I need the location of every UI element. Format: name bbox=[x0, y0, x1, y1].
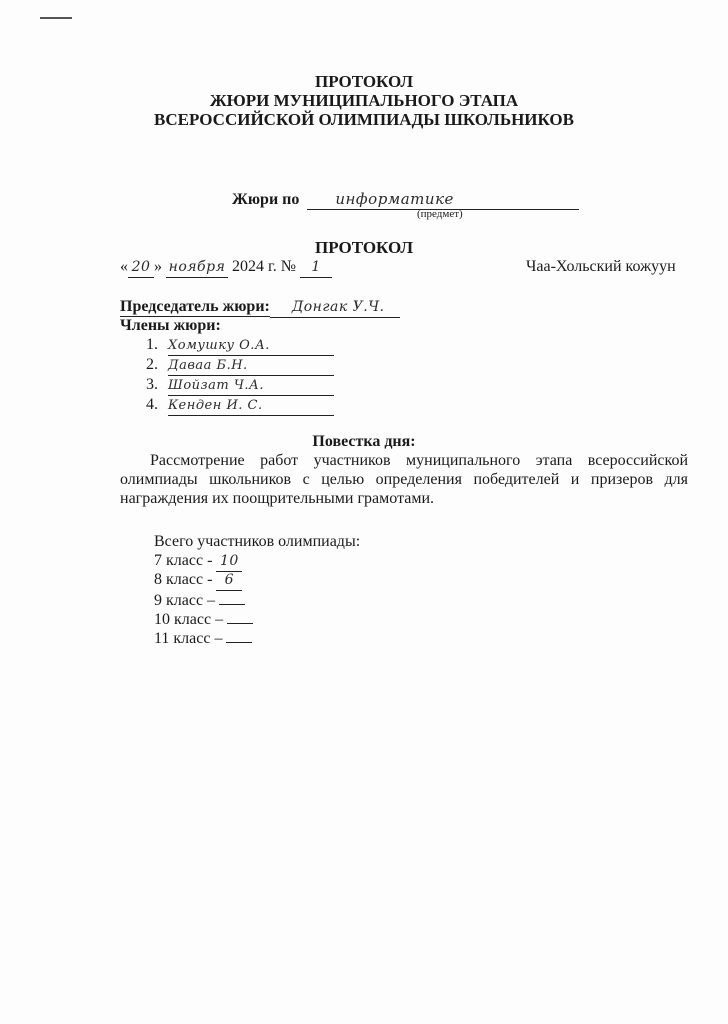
member-num: 4. bbox=[146, 395, 168, 414]
grade-row: 7 класс - 10 bbox=[154, 551, 253, 570]
grade-count: 6 bbox=[216, 571, 242, 591]
member-item: 1.Хомушку О.А. bbox=[146, 335, 334, 355]
protocol-year: 2024 г. № bbox=[232, 258, 296, 275]
member-name: Кенден И. С. bbox=[168, 396, 334, 416]
member-item: 3.Шойзат Ч.А. bbox=[146, 375, 334, 395]
grade-count bbox=[226, 627, 252, 643]
jury-subject-row: Жюри по информатике bbox=[232, 190, 579, 210]
member-name: Хомушку О.А. bbox=[168, 336, 334, 356]
title-line-3: ВСЕРОССИЙСКОЙ ОЛИМПИАДЫ ШКОЛЬНИКОВ bbox=[0, 110, 728, 129]
agenda-line-1: Рассмотрение работ участников муниципаль… bbox=[120, 451, 688, 470]
agenda-line-3: награждения их поощрительными грамотами. bbox=[120, 489, 688, 508]
grade-label: 7 класс - bbox=[154, 552, 212, 569]
participants-label: Всего участников олимпиады: bbox=[154, 532, 360, 551]
members-list: 1.Хомушку О.А. 2.Даваа Б.Н. 3.Шойзат Ч.А… bbox=[146, 335, 334, 415]
grade-row: 9 класс – bbox=[154, 589, 253, 608]
member-num: 2. bbox=[146, 355, 168, 374]
protocol-heading: ПРОТОКОЛ bbox=[0, 238, 728, 257]
grade-count bbox=[219, 589, 245, 605]
protocol-day: 20 bbox=[128, 258, 154, 278]
agenda-heading: Повестка дня: bbox=[0, 432, 728, 451]
grade-count bbox=[227, 608, 253, 624]
location: Чаа-Хольский кожуун bbox=[526, 257, 676, 276]
participants-list: 7 класс - 10 8 класс - 6 9 класс – 10 кл… bbox=[154, 551, 253, 646]
member-item: 2.Даваа Б.Н. bbox=[146, 355, 334, 375]
member-item: 4.Кенден И. С. bbox=[146, 395, 334, 415]
jury-subject-value: информатике bbox=[307, 190, 579, 210]
member-name: Шойзат Ч.А. bbox=[168, 376, 334, 396]
open-quote: « bbox=[120, 258, 128, 275]
member-name: Даваа Б.Н. bbox=[168, 356, 334, 376]
grade-label: 10 класс – bbox=[154, 611, 223, 628]
grade-label: 11 класс – bbox=[154, 630, 222, 647]
grade-count: 10 bbox=[216, 552, 242, 572]
close-quote: » bbox=[154, 258, 162, 275]
chair-name: Донгак У.Ч. bbox=[270, 298, 400, 318]
title-line-1: ПРОТОКОЛ bbox=[0, 72, 728, 91]
members-label: Члены жюри: bbox=[120, 316, 221, 335]
scan-mark bbox=[40, 17, 72, 19]
protocol-date-row: «20» ноября 2024 г. № 1 bbox=[120, 257, 332, 278]
grade-label: 8 класс - bbox=[154, 571, 212, 588]
chair-row: Председатель жюри:Донгак У.Ч. bbox=[120, 297, 400, 318]
grade-label: 9 класс – bbox=[154, 592, 215, 609]
grade-row: 11 класс – bbox=[154, 627, 253, 646]
subject-caption: (предмет) bbox=[417, 208, 463, 220]
grade-row: 10 класс – bbox=[154, 608, 253, 627]
protocol-month: ноября bbox=[166, 258, 228, 278]
member-num: 3. bbox=[146, 375, 168, 394]
agenda-line-2: олимпиады школьников с целью определения… bbox=[120, 470, 688, 489]
protocol-number: 1 bbox=[300, 258, 332, 278]
agenda-text: Рассмотрение работ участников муниципаль… bbox=[120, 451, 688, 508]
jury-subject-label: Жюри по bbox=[232, 191, 299, 208]
member-num: 1. bbox=[146, 335, 168, 354]
grade-row: 8 класс - 6 bbox=[154, 570, 253, 589]
title-line-2: ЖЮРИ МУНИЦИПАЛЬНОГО ЭТАПА bbox=[0, 91, 728, 110]
chair-label: Председатель жюри: bbox=[120, 297, 270, 317]
